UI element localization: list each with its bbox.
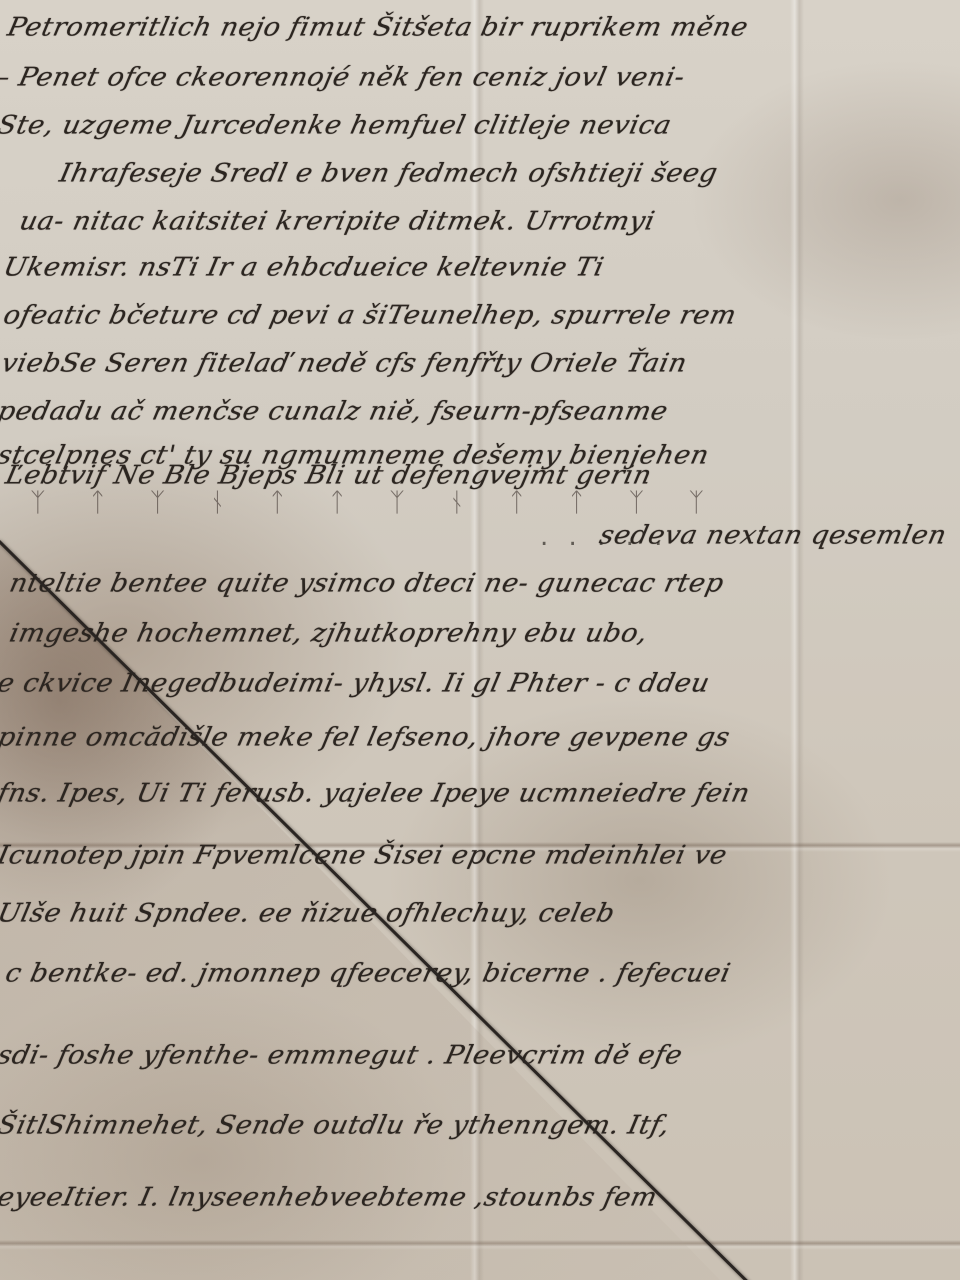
handwritten-line: Ulše huit Spndee. ee ňizue ofhlechuy, ce… — [0, 899, 618, 928]
handwritten-line: Icunotep jpin Fpvemlcene Šisei epcne mde… — [0, 841, 730, 870]
handwritten-line: c bentke- ed. jmonnep qfeecerey, bicerne… — [3, 959, 733, 988]
letter-body-continued: Ľebtvif Ne Ble Bjeps Bli ut defengvejmt … — [0, 0, 960, 1280]
handwritten-line: nteltie bentee quite ysimco dteci ne- gu… — [7, 569, 727, 598]
handwritten-line: e ckvice Inegedbudeimi- yhysl. Ii gl Pht… — [0, 669, 713, 698]
pencil-markings: ᛉ ᛏ ᛉ ᚾ ᛏ ᛏ ᛉ ᚾ ᛏ ᛏ ᛉ ᛉ — [30, 488, 722, 518]
handwritten-line: Ľebtvif Ne Ble Bjeps Bli ut defengvejmt … — [3, 461, 655, 490]
handwritten-line: ŠitlShimnehet, Sende outdlu ře ythenngem… — [0, 1111, 673, 1140]
handwritten-line: pinne omcădišle meke fel lefseno, jhore … — [0, 723, 733, 752]
handwritten-line: sdi- foshe yfenthe- emmnegut . Pleevcrim… — [0, 1041, 685, 1070]
handwritten-line: sedeva nextan qesemlen — [597, 521, 950, 550]
handwritten-line: fns. Ipes, Ui Ti ferusb. yajelee Ipeye u… — [0, 779, 753, 808]
handwritten-line: eyeeItier. I. lnyseenhebveebteme ,stounb… — [0, 1183, 660, 1212]
